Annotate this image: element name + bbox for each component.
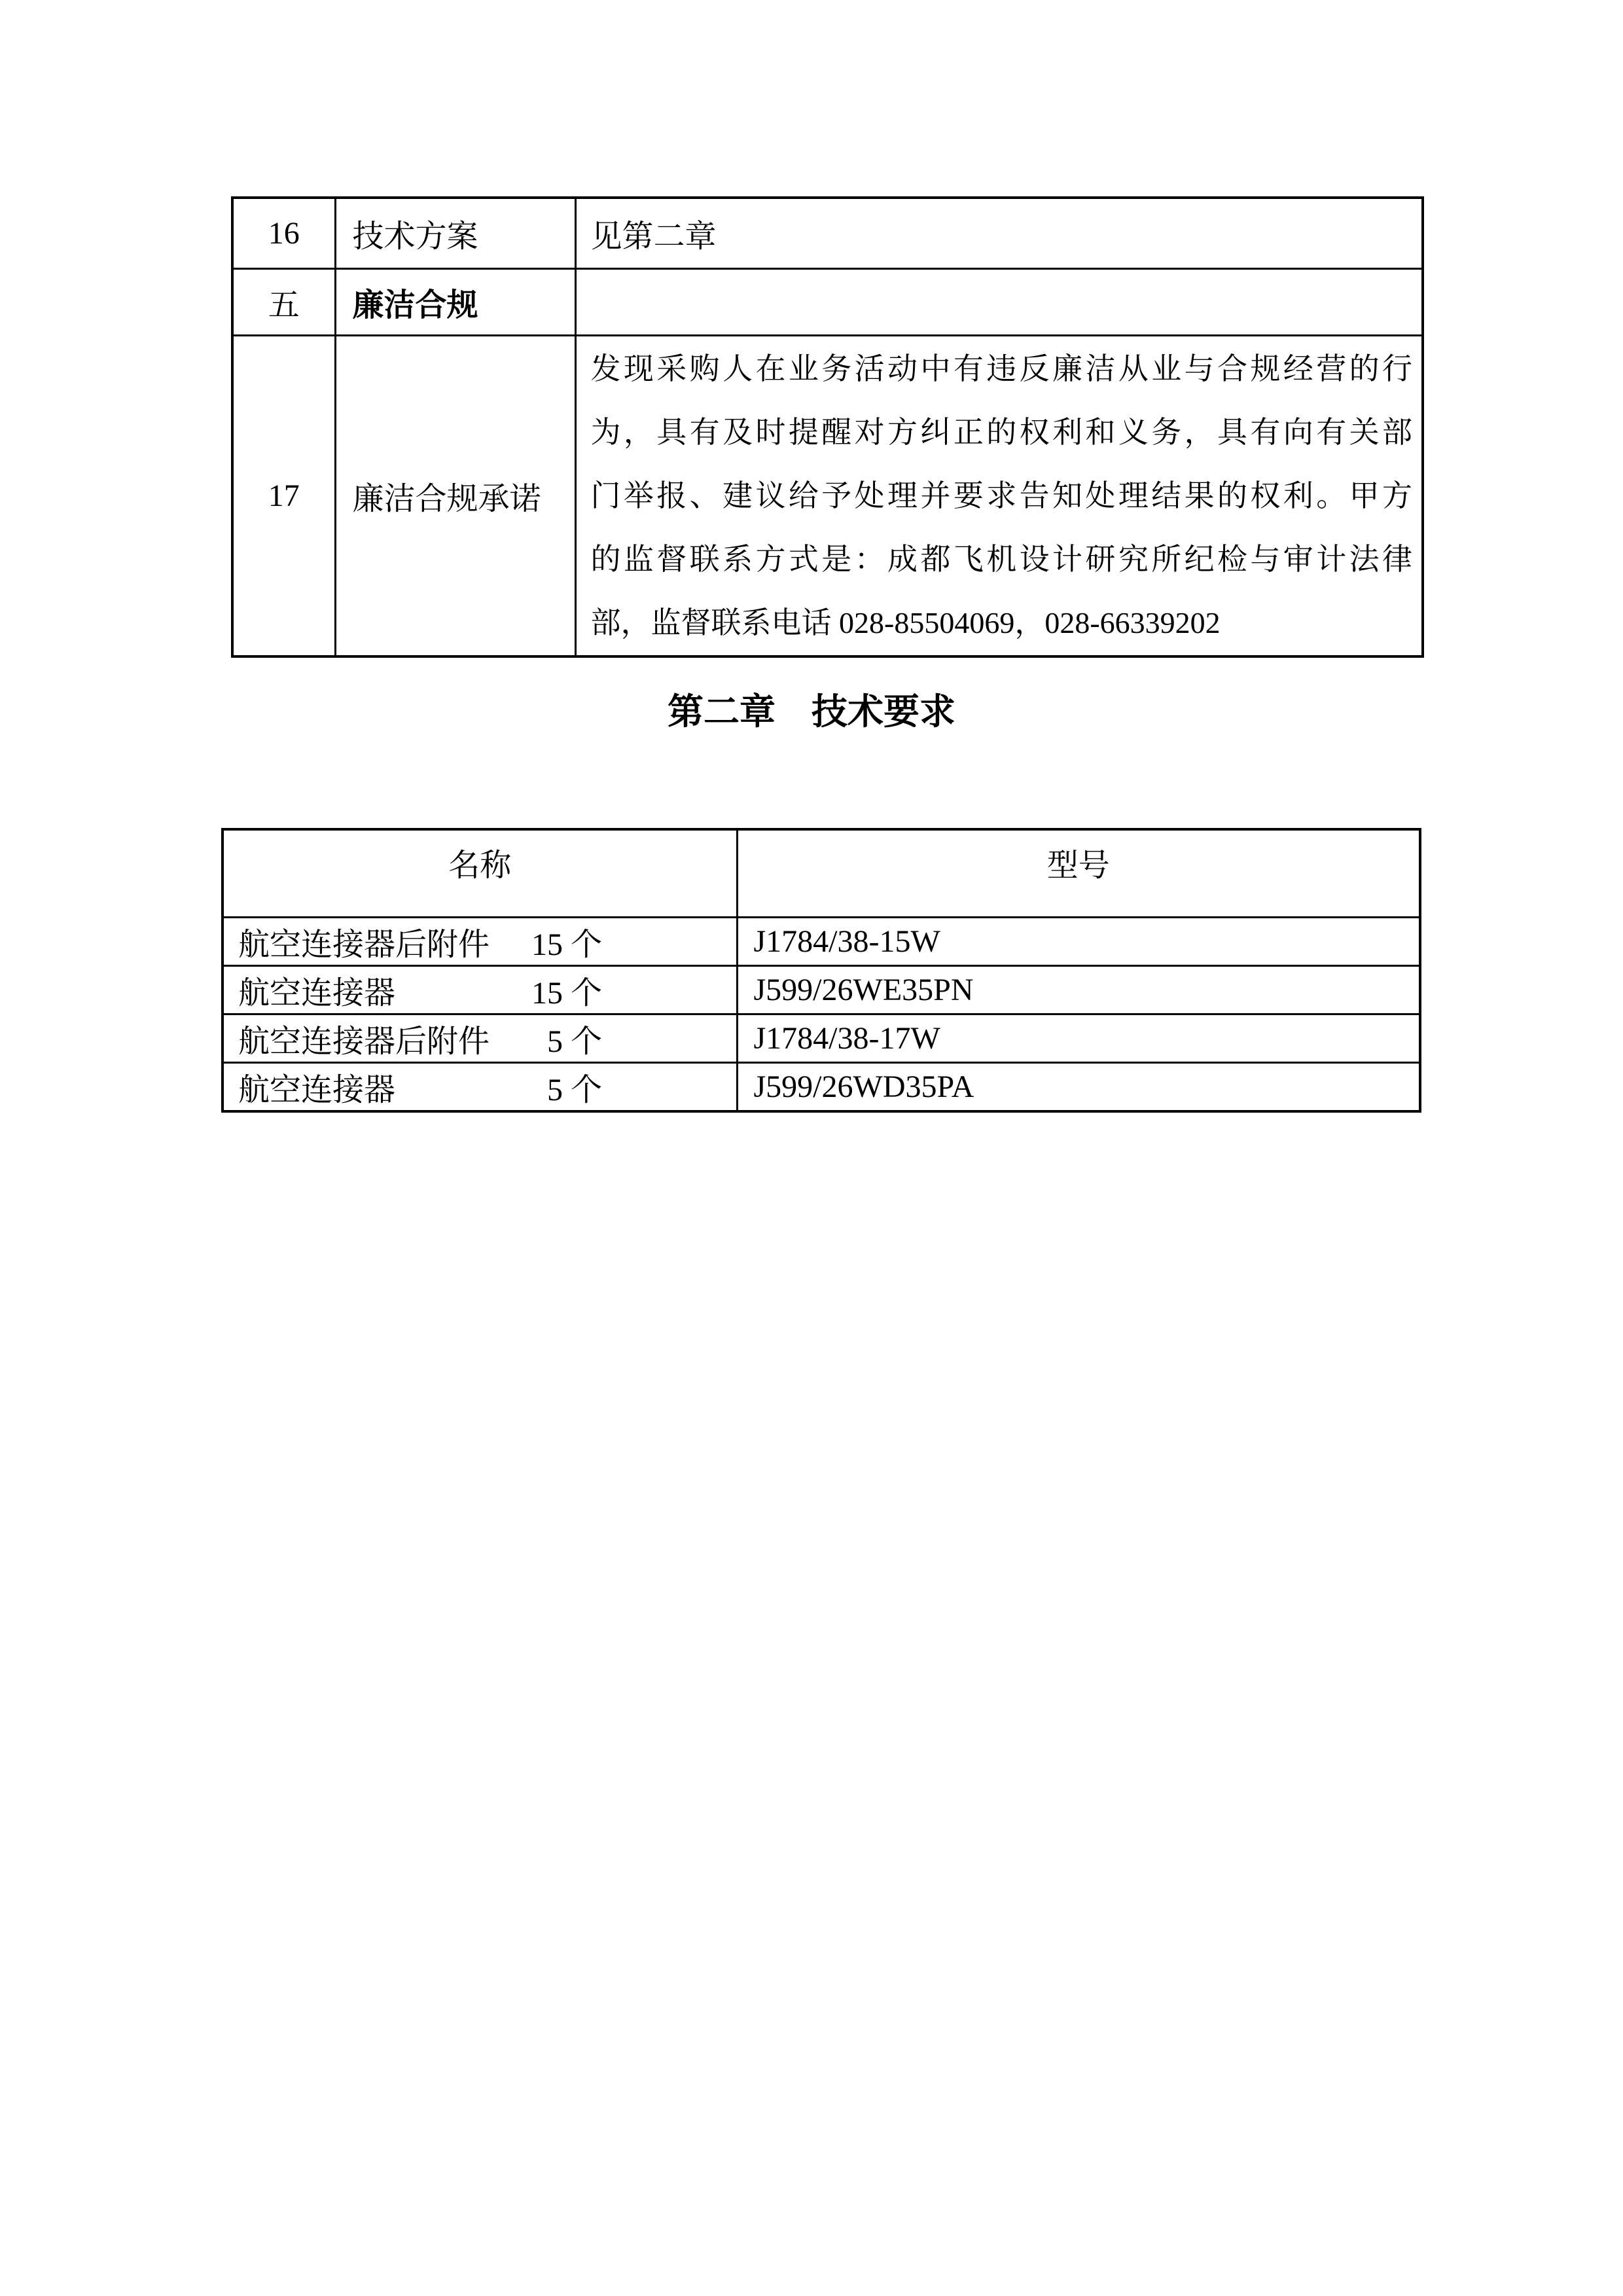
- part-model: J599/26WE35PN: [737, 966, 1420, 1014]
- column-header-name: 名称: [223, 829, 737, 918]
- part-model: J599/26WD35PA: [737, 1063, 1420, 1112]
- part-quantity: 15 个: [531, 967, 602, 1013]
- part-quantity: 5 个: [547, 1064, 602, 1109]
- row-content: 发现采购人在业务活动中有违反廉洁从业与合规经营的行 为，具有及时提醒对方纠正的权…: [575, 336, 1423, 657]
- paragraph-line: 为，具有及时提醒对方纠正的权利和义务，具有向有关部: [591, 401, 1413, 464]
- row-label: 廉洁合规承诺: [335, 336, 575, 657]
- row-number: 五: [232, 269, 335, 336]
- part-model: J1784/38-17W: [737, 1014, 1420, 1063]
- part-name: 航空连接器后附件: [238, 1016, 490, 1061]
- table-row: 航空连接器 15 个 J599/26WE35PN: [223, 966, 1420, 1014]
- terms-table: 16 技术方案 见第二章 五 廉洁合规 17 廉洁合规承诺 发现采购人在业务活动…: [231, 196, 1424, 658]
- row-label: 技术方案: [335, 198, 575, 269]
- part-name: 航空连接器: [238, 1064, 395, 1109]
- table-row: 航空连接器后附件 5 个 J1784/38-17W: [223, 1014, 1420, 1063]
- table-row: 航空连接器 5 个 J599/26WD35PA: [223, 1063, 1420, 1112]
- document-page: 16 技术方案 见第二章 五 廉洁合规 17 廉洁合规承诺 发现采购人在业务活动…: [0, 0, 1623, 2296]
- row-number: 17: [232, 336, 335, 657]
- column-header-model: 型号: [737, 829, 1420, 918]
- paragraph-line: 发现采购人在业务活动中有违反廉洁从业与合规经营的行: [591, 337, 1413, 401]
- part-name-cell: 航空连接器 5 个: [223, 1063, 737, 1112]
- table-header-row: 名称 型号: [223, 829, 1420, 918]
- part-quantity: 5 个: [547, 1016, 602, 1061]
- part-name: 航空连接器后附件: [238, 919, 490, 964]
- row-label: 廉洁合规: [335, 269, 575, 336]
- paragraph-line: 门举报、建议给予处理并要求告知处理结果的权利。甲方: [591, 464, 1413, 528]
- part-name-cell: 航空连接器后附件 15 个: [223, 918, 737, 966]
- paragraph-line: 部，监督联系电话 028-85504069，028-66339202: [591, 591, 1413, 655]
- section-heading: 第二章 技术要求: [0, 692, 1623, 732]
- part-model: J1784/38-15W: [737, 918, 1420, 966]
- table-row: 16 技术方案 见第二章: [232, 198, 1423, 269]
- table-row: 航空连接器后附件 15 个 J1784/38-15W: [223, 918, 1420, 966]
- table-row: 五 廉洁合规: [232, 269, 1423, 336]
- row-content: [575, 269, 1423, 336]
- table-row: 17 廉洁合规承诺 发现采购人在业务活动中有违反廉洁从业与合规经营的行 为，具有…: [232, 336, 1423, 657]
- compliance-paragraph: 发现采购人在业务活动中有违反廉洁从业与合规经营的行 为，具有及时提醒对方纠正的权…: [591, 337, 1413, 655]
- part-name: 航空连接器: [238, 967, 395, 1013]
- part-quantity: 15 个: [531, 919, 602, 964]
- row-content: 见第二章: [575, 198, 1423, 269]
- row-number: 16: [232, 198, 335, 269]
- paragraph-line: 的监督联系方式是：成都飞机设计研究所纪检与审计法律: [591, 528, 1413, 591]
- part-name-cell: 航空连接器后附件 5 个: [223, 1014, 737, 1063]
- part-name-cell: 航空连接器 15 个: [223, 966, 737, 1014]
- spec-table: 名称 型号 航空连接器后附件 15 个 J1784/38-15W 航空连接器 1…: [221, 828, 1421, 1113]
